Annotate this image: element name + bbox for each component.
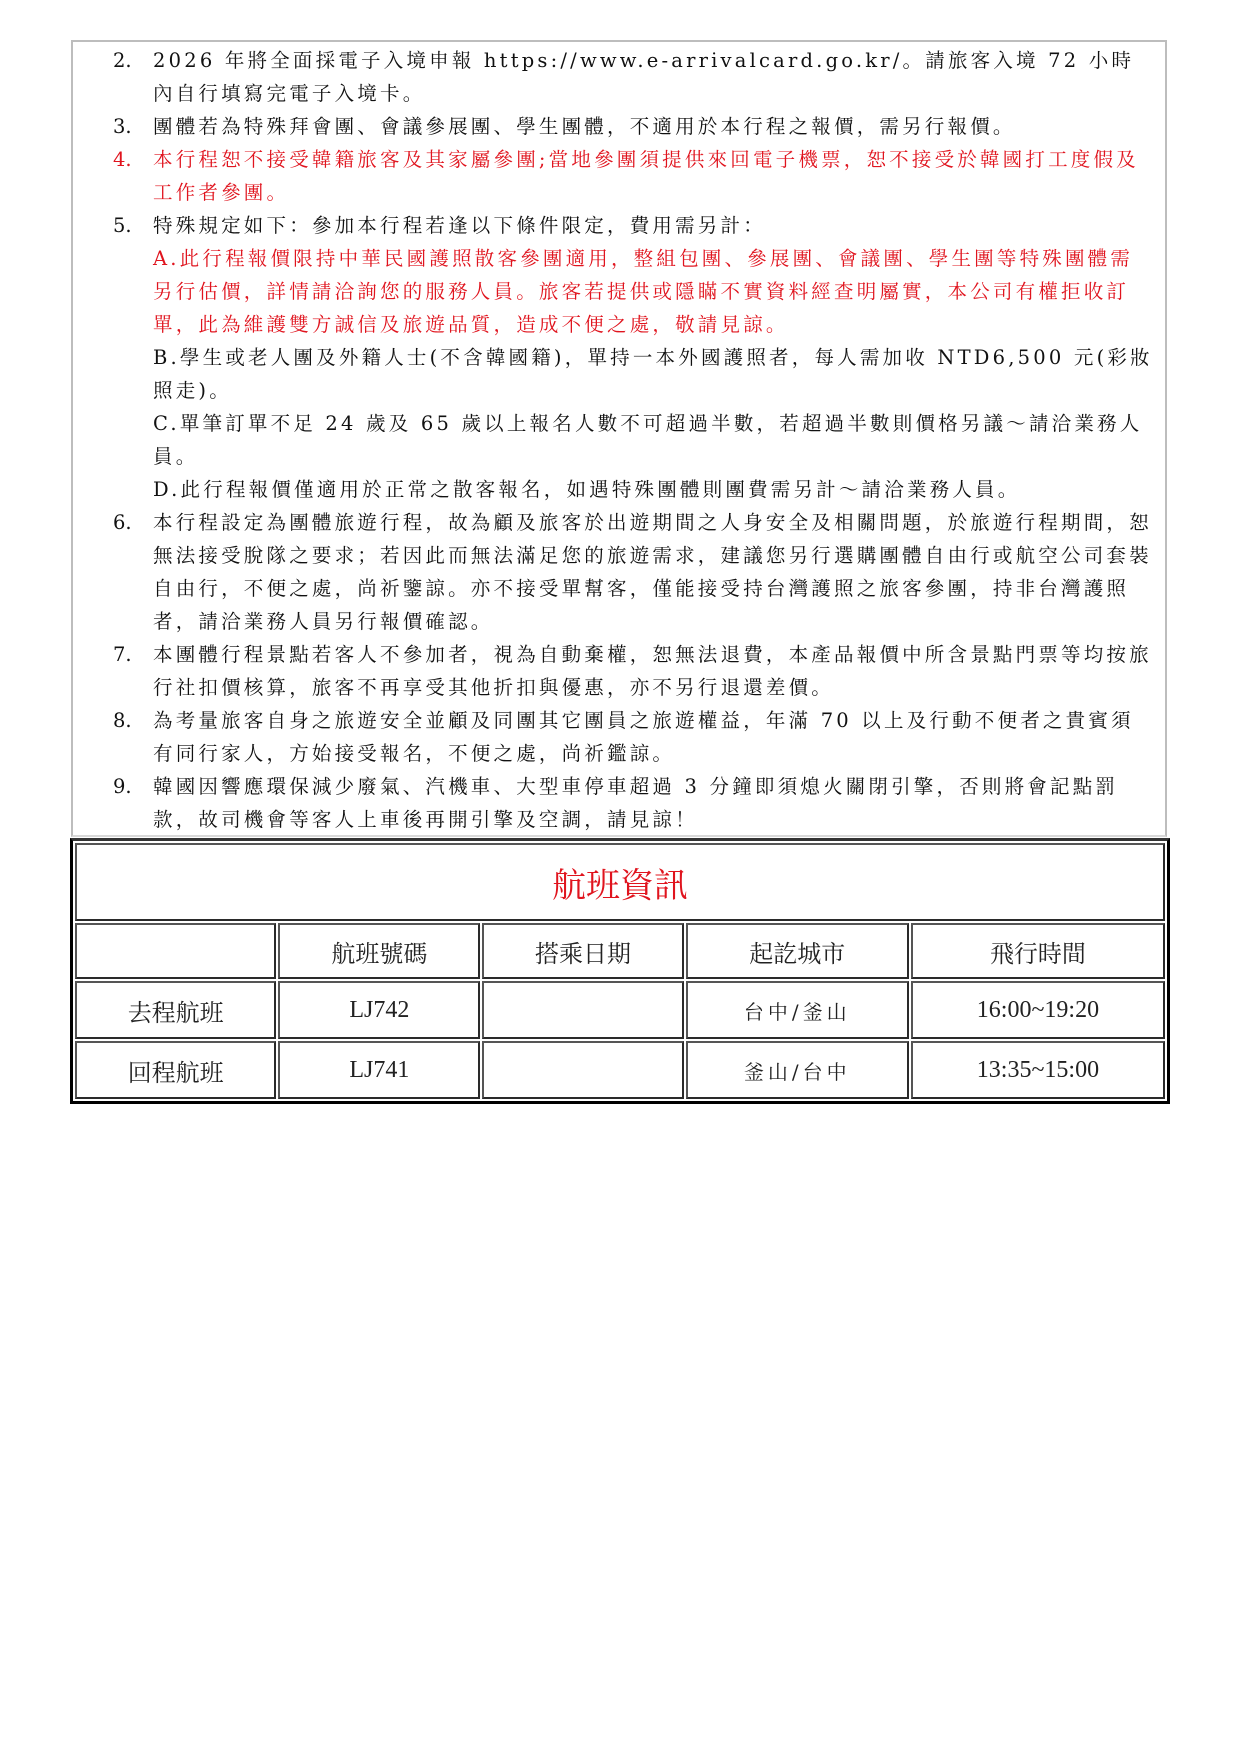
flight-date [482, 1041, 683, 1099]
note-subitem-b: B.學生或老人團及外籍人士(不含韓國籍)，單持一本外國護照者，每人需加收 NTD… [153, 341, 1153, 407]
flight-date [482, 981, 683, 1039]
note-item-6: 6. 本行程設定為團體旅遊行程，故為顧及旅客於出遊期間之人身安全及相關問題，於旅… [113, 506, 1153, 638]
note-item-3: 3. 團體若為特殊拜會團、會議參展團、學生團體，不適用於本行程之報價，需另行報價… [113, 110, 1153, 143]
flight-time: 13:35~15:00 [911, 1041, 1165, 1099]
note-text: 特殊規定如下：參加本行程若逢以下條件限定，費用需另計： [153, 214, 766, 237]
table-header-row: 航班號碼 搭乘日期 起訖城市 飛行時間 [75, 923, 1165, 979]
row-label: 去程航班 [75, 981, 276, 1039]
note-text: 本行程設定為團體旅遊行程，故為顧及旅客於出遊期間之人身安全及相關問題，於旅遊行程… [153, 511, 1152, 633]
note-number: 3. [113, 110, 132, 143]
note-subitem-a: A.此行程報價限持中華民國護照散客參團適用，整組包團、參展團、會議團、學生團等特… [153, 242, 1153, 341]
note-text: 2026 年將全面採電子入境申報 https://www.e-arrivalca… [153, 49, 1134, 105]
table-row-return: 回程航班 LJ741 釜山/台中 13:35~15:00 [75, 1041, 1165, 1099]
flight-route: 台中/釜山 [686, 981, 909, 1039]
note-text: 本團體行程景點若客人不參加者，視為自動棄權，恕無法退費，本產品報價中所含景點門票… [153, 643, 1152, 699]
note-text: 本行程恕不接受韓籍旅客及其家屬參團;當地參團須提供來回電子機票，恕不接受於韓國打… [153, 148, 1139, 204]
flight-time: 16:00~19:20 [911, 981, 1165, 1039]
note-item-4-warning: 4. 本行程恕不接受韓籍旅客及其家屬參團;當地參團須提供來回電子機票，恕不接受於… [113, 143, 1153, 209]
note-text: 韓國因響應環保減少廢氣、汽機車、大型車停車超過 3 分鐘即須熄火關閉引擎，否則將… [153, 775, 1118, 831]
table-title-row: 航班資訊 [75, 843, 1165, 921]
flight-info-table: 航班資訊 航班號碼 搭乘日期 起訖城市 飛行時間 去程航班 LJ742 台中/釜… [70, 838, 1170, 1104]
column-header-blank [75, 923, 276, 979]
note-item-5: 5. 特殊規定如下：參加本行程若逢以下條件限定，費用需另計： A.此行程報價限持… [113, 209, 1153, 506]
column-header-flight-time: 飛行時間 [911, 923, 1165, 979]
note-number: 2. [113, 44, 132, 77]
note-number: 7. [113, 638, 132, 671]
column-header-route: 起訖城市 [686, 923, 909, 979]
table-row-outbound: 去程航班 LJ742 台中/釜山 16:00~19:20 [75, 981, 1165, 1039]
note-number: 6. [113, 506, 132, 539]
table-title: 航班資訊 [75, 843, 1165, 921]
note-number: 8. [113, 704, 132, 737]
note-subitem-c: C.單筆訂單不足 24 歲及 65 歲以上報名人數不可超過半數，若超過半數則價格… [153, 407, 1153, 473]
notes-list: 2. 2026 年將全面採電子入境申報 https://www.e-arriva… [113, 44, 1153, 836]
note-item-8: 8. 為考量旅客自身之旅遊安全並顧及同團其它團員之旅遊權益，年滿 70 以上及行… [113, 704, 1153, 770]
row-label: 回程航班 [75, 1041, 276, 1099]
column-header-date: 搭乘日期 [482, 923, 683, 979]
note-item-2: 2. 2026 年將全面採電子入境申報 https://www.e-arriva… [113, 44, 1153, 110]
note-text: 為考量旅客自身之旅遊安全並顧及同團其它團員之旅遊權益，年滿 70 以上及行動不便… [153, 709, 1134, 765]
note-subitem-d: D.此行程報價僅適用於正常之散客報名，如遇特殊團體則團費需另計～請洽業務人員。 [153, 473, 1153, 506]
flight-route: 釜山/台中 [686, 1041, 909, 1099]
flight-number: LJ742 [278, 981, 480, 1039]
note-item-7: 7. 本團體行程景點若客人不參加者，視為自動棄權，恕無法退費，本產品報價中所含景… [113, 638, 1153, 704]
note-item-9: 9. 韓國因響應環保減少廢氣、汽機車、大型車停車超過 3 分鐘即須熄火關閉引擎，… [113, 770, 1153, 836]
note-number: 4. [113, 143, 132, 176]
notes-box: 2. 2026 年將全面採電子入境申報 https://www.e-arriva… [71, 40, 1167, 837]
flight-number: LJ741 [278, 1041, 480, 1099]
note-number: 5. [113, 209, 132, 242]
column-header-flight-number: 航班號碼 [278, 923, 480, 979]
note-text: 團體若為特殊拜會團、會議參展團、學生團體，不適用於本行程之報價，需另行報價。 [153, 115, 1016, 138]
note-number: 9. [113, 770, 132, 803]
